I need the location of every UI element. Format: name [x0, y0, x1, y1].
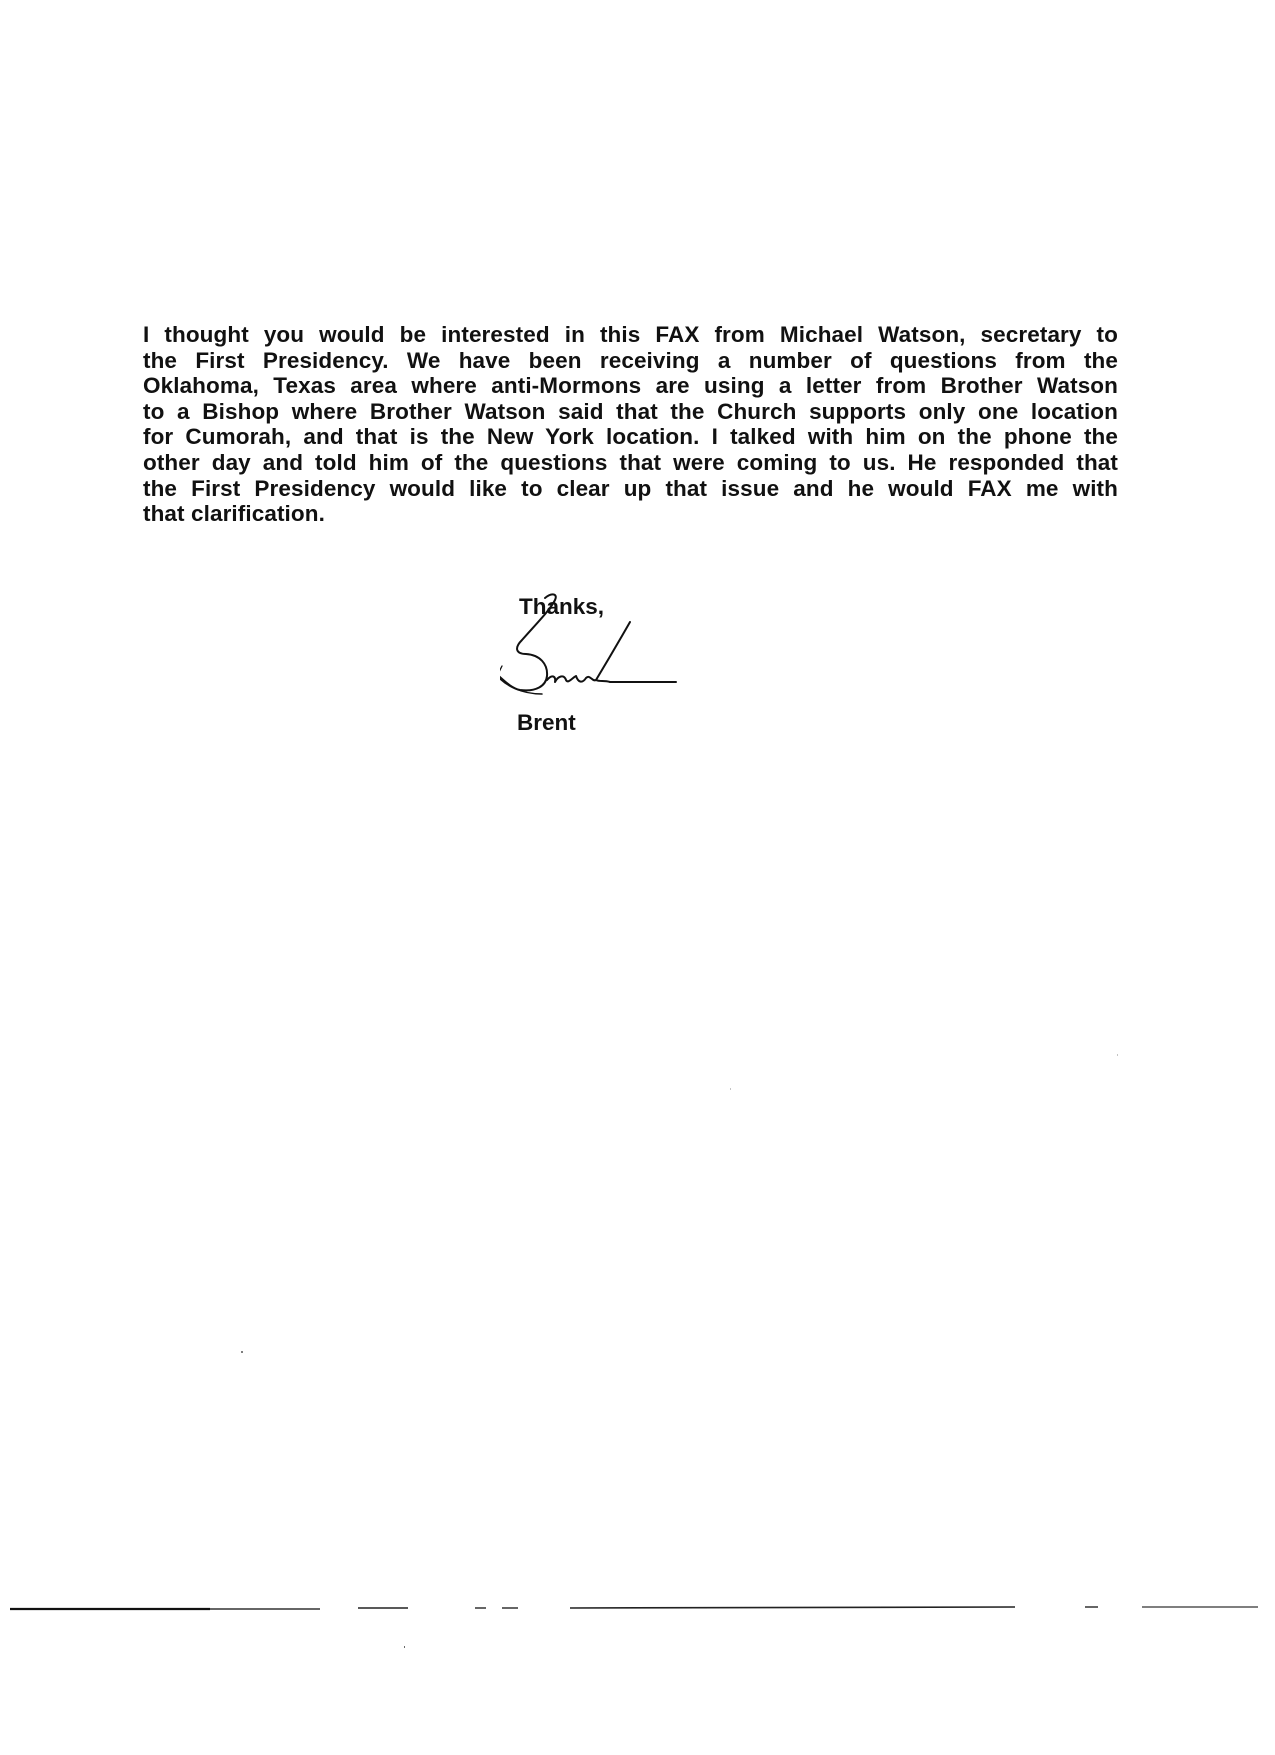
letter-body: I thought you would be interested in thi… [143, 322, 1118, 527]
signer-name: Brent [517, 710, 576, 736]
scan-speck [730, 1088, 731, 1090]
scan-speck [241, 1351, 243, 1353]
body-line: for Cumorah, and that is the New York lo… [143, 424, 1118, 450]
body-line: other day and told him of the questions … [143, 450, 1118, 476]
signature-icon [500, 590, 770, 730]
body-line: that clarification. [143, 501, 1118, 527]
scan-speck [404, 1646, 405, 1648]
body-line: the First Presidency would like to clear… [143, 476, 1118, 502]
fax-edge-line [0, 1600, 1275, 1616]
body-line: I thought you would be interested in thi… [143, 322, 1118, 348]
body-line: to a Bishop where Brother Watson said th… [143, 399, 1118, 425]
scan-speck [1117, 1054, 1118, 1056]
body-line: Oklahoma, Texas area where anti-Mormons … [143, 373, 1118, 399]
body-line: the First Presidency. We have been recei… [143, 348, 1118, 374]
fax-page: I thought you would be interested in thi… [0, 0, 1275, 1755]
